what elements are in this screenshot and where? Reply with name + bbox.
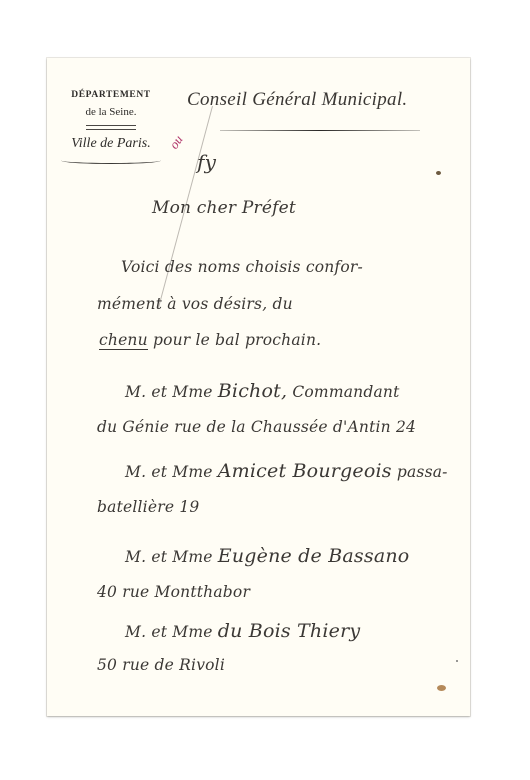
- entry-1-prefix: M. et Mme: [125, 383, 213, 401]
- entry-2-suffix: passa-: [397, 463, 448, 481]
- entry-4-prefix: M. et Mme: [125, 623, 213, 641]
- entry-2-line-1: M. et Mme Amicet Bourgeois passa-: [125, 460, 448, 482]
- body-line-1: Voici des noms choisis confor-: [121, 258, 363, 276]
- entry-4-line-2: 50 rue de Rivoli: [97, 656, 225, 674]
- council-heading: Conseil Général Municipal.: [187, 89, 407, 111]
- entry-3-prefix: M. et Mme: [125, 548, 213, 566]
- swash-rule-divider: [61, 157, 161, 164]
- entry-2-line-2: batellière 19: [97, 498, 199, 516]
- double-rule-divider: [86, 125, 136, 130]
- foxing-stain: [437, 685, 446, 691]
- entry-2-name: Amicet Bourgeois: [218, 460, 392, 482]
- letterhead-left-block: DÉPARTEMENT de la Seine. Ville de Paris.: [57, 90, 165, 164]
- entry-3-line-2: 40 rue Montthabor: [97, 583, 250, 601]
- department-subheading: de la Seine.: [57, 106, 165, 118]
- letter-paper: DÉPARTEMENT de la Seine. Ville de Paris.…: [47, 58, 470, 716]
- entry-3-name: Eugène de Bassano: [218, 545, 410, 567]
- department-heading: DÉPARTEMENT: [57, 90, 165, 100]
- body-line-2: mément à vos désirs, du: [97, 295, 293, 313]
- underlined-word: chenu: [99, 331, 148, 350]
- body-line-3: chenu pour le bal prochain.: [99, 331, 321, 349]
- salutation: Mon cher Préfet: [152, 198, 296, 218]
- entry-2-prefix: M. et Mme: [125, 463, 213, 481]
- entry-1-line-1: M. et Mme Bichot, Commandant: [125, 380, 400, 402]
- council-rule-divider: [220, 130, 420, 131]
- entry-1-line-2: du Génie rue de la Chaussée d'Antin 24: [97, 418, 416, 436]
- ink-spot: [436, 171, 441, 175]
- ink-speck: [456, 660, 458, 662]
- letter-initial: fy: [197, 150, 216, 174]
- pencil-annotation: ou: [166, 132, 187, 152]
- body-line-3-rest: pour le bal prochain.: [153, 331, 321, 349]
- entry-3-line-1: M. et Mme Eugène de Bassano: [125, 545, 409, 567]
- entry-1-name: Bichot,: [218, 380, 287, 402]
- entry-4-line-1: M. et Mme du Bois Thiery: [125, 620, 360, 642]
- entry-1-suffix: Commandant: [292, 383, 399, 401]
- entry-4-name: du Bois Thiery: [218, 620, 361, 642]
- city-heading: Ville de Paris.: [57, 136, 165, 152]
